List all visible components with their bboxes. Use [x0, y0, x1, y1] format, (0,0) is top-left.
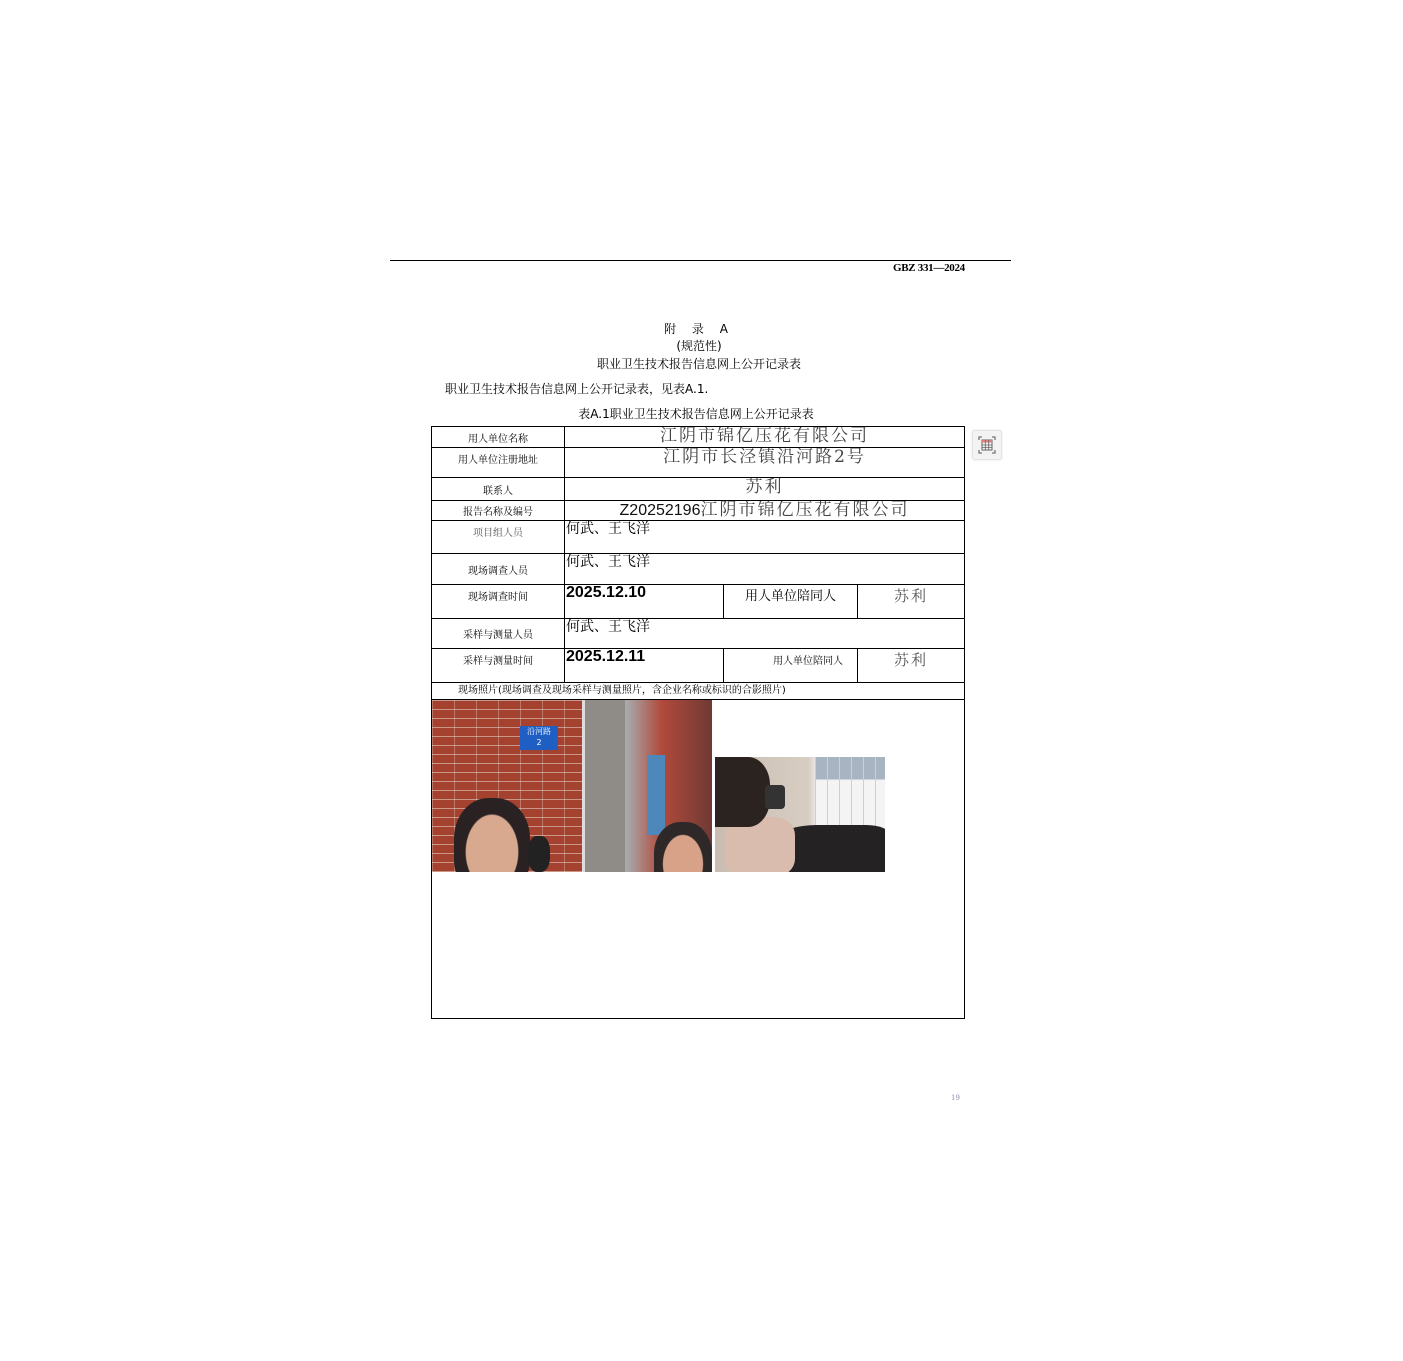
- table-grid-icon: [973, 431, 1001, 459]
- table-row: 现场调查时间 2025.12.10 用人单位陪同人 苏利: [432, 585, 965, 619]
- report-value: Z20252196江阴市锦亿压花有限公司: [565, 501, 965, 521]
- table-caption: 表A.1职业卫生技术报告信息网上公开记录表: [0, 405, 1392, 422]
- site-photo-building[interactable]: 沿河路 2: [432, 700, 712, 872]
- survey-staff-value: 何武、王飞洋: [565, 554, 965, 585]
- photos-cell: 沿河路 2: [432, 700, 965, 1019]
- table-row: 报告名称及编号 Z20252196江阴市锦亿压花有限公司: [432, 501, 965, 521]
- window: [582, 700, 625, 872]
- survey-escort-label: 用人单位陪同人: [724, 585, 858, 619]
- photos-caption: 现场照片(现场调查及现场采样与测量照片，含企业名称或标识的合影照片): [432, 683, 965, 700]
- table-row: 现场调查人员 何武、王飞洋: [432, 554, 965, 585]
- sampling-escort-label: 用人单位陪同人: [724, 649, 858, 683]
- table-row: 联系人 苏利: [432, 478, 965, 501]
- table-row: 沿河路 2: [432, 700, 965, 1019]
- document-page: GBZ 331—2024 附 录 A (规范性) 职业卫生技术报告信息网上公开记…: [0, 0, 1403, 1361]
- report-label: 报告名称及编号: [432, 501, 565, 521]
- survey-escort-value: 苏利: [858, 585, 965, 619]
- standard-code: GBZ 331—2024: [893, 262, 965, 274]
- street-sign-number: 2: [520, 737, 558, 748]
- street-sign-name: 沿河路: [520, 726, 558, 737]
- table-row: 项目组人员 何武、王飞洋: [432, 521, 965, 554]
- record-table: 用人单位名称 江阴市锦亿压花有限公司 用人单位注册地址 江阴市长泾镇沿河路2号 …: [431, 426, 965, 1019]
- project-team-value: 何武、王飞洋: [565, 521, 965, 554]
- page-number: 19: [951, 1094, 960, 1102]
- sampling-escort-value: 苏利: [858, 649, 965, 683]
- report-name: 江阴市锦亿压花有限公司: [700, 501, 909, 521]
- sampling-device: [765, 785, 785, 809]
- street-sign: 沿河路 2: [520, 726, 558, 750]
- employer-address-value: 江阴市长泾镇沿河路2号: [565, 448, 965, 478]
- table-row: 用人单位注册地址 江阴市长泾镇沿河路2号: [432, 448, 965, 478]
- employer-name-value: 江阴市锦亿压花有限公司: [565, 427, 965, 448]
- poster: [647, 755, 665, 835]
- intro-text: 职业卫生技术报告信息网上公开记录表，见表A.1.: [445, 380, 708, 397]
- sampling-staff-value: 何武、王飞洋: [565, 619, 965, 649]
- person-head: [715, 757, 770, 827]
- table-row: 用人单位名称 江阴市锦亿压花有限公司: [432, 427, 965, 448]
- appendix-title: 附 录 A: [0, 320, 1398, 337]
- appendix-subtitle: 职业卫生技术报告信息网上公开记录表: [0, 355, 1398, 372]
- sampling-staff-label: 采样与测量人员: [432, 619, 565, 649]
- table-row: 采样与测量时间 2025.12.11 用人单位陪同人 苏利: [432, 649, 965, 683]
- header-rule: [390, 260, 1011, 261]
- person-1: [454, 798, 530, 872]
- table-row: 现场照片(现场调查及现场采样与测量照片，含企业名称或标识的合影照片): [432, 683, 965, 700]
- project-team-label: 项目组人员: [432, 521, 565, 554]
- appendix-nature: (规范性): [0, 337, 1398, 354]
- contact-value: 苏利: [565, 478, 965, 501]
- sampling-time-label: 采样与测量时间: [432, 649, 565, 683]
- site-photo-sampling[interactable]: [715, 757, 885, 872]
- table-recognize-icon[interactable]: [972, 430, 1002, 460]
- employer-name-label: 用人单位名称: [432, 427, 565, 448]
- report-code: Z20252196: [620, 502, 701, 519]
- table-row: 采样与测量人员 何武、王飞洋: [432, 619, 965, 649]
- survey-staff-label: 现场调查人员: [432, 554, 565, 585]
- helmet: [528, 836, 550, 872]
- survey-time-value: 2025.12.10: [565, 585, 724, 619]
- sampling-time-value: 2025.12.11: [565, 649, 724, 683]
- person-2: [654, 822, 712, 872]
- employer-address-label: 用人单位注册地址: [432, 448, 565, 478]
- contact-label: 联系人: [432, 478, 565, 501]
- survey-time-label: 现场调查时间: [432, 585, 565, 619]
